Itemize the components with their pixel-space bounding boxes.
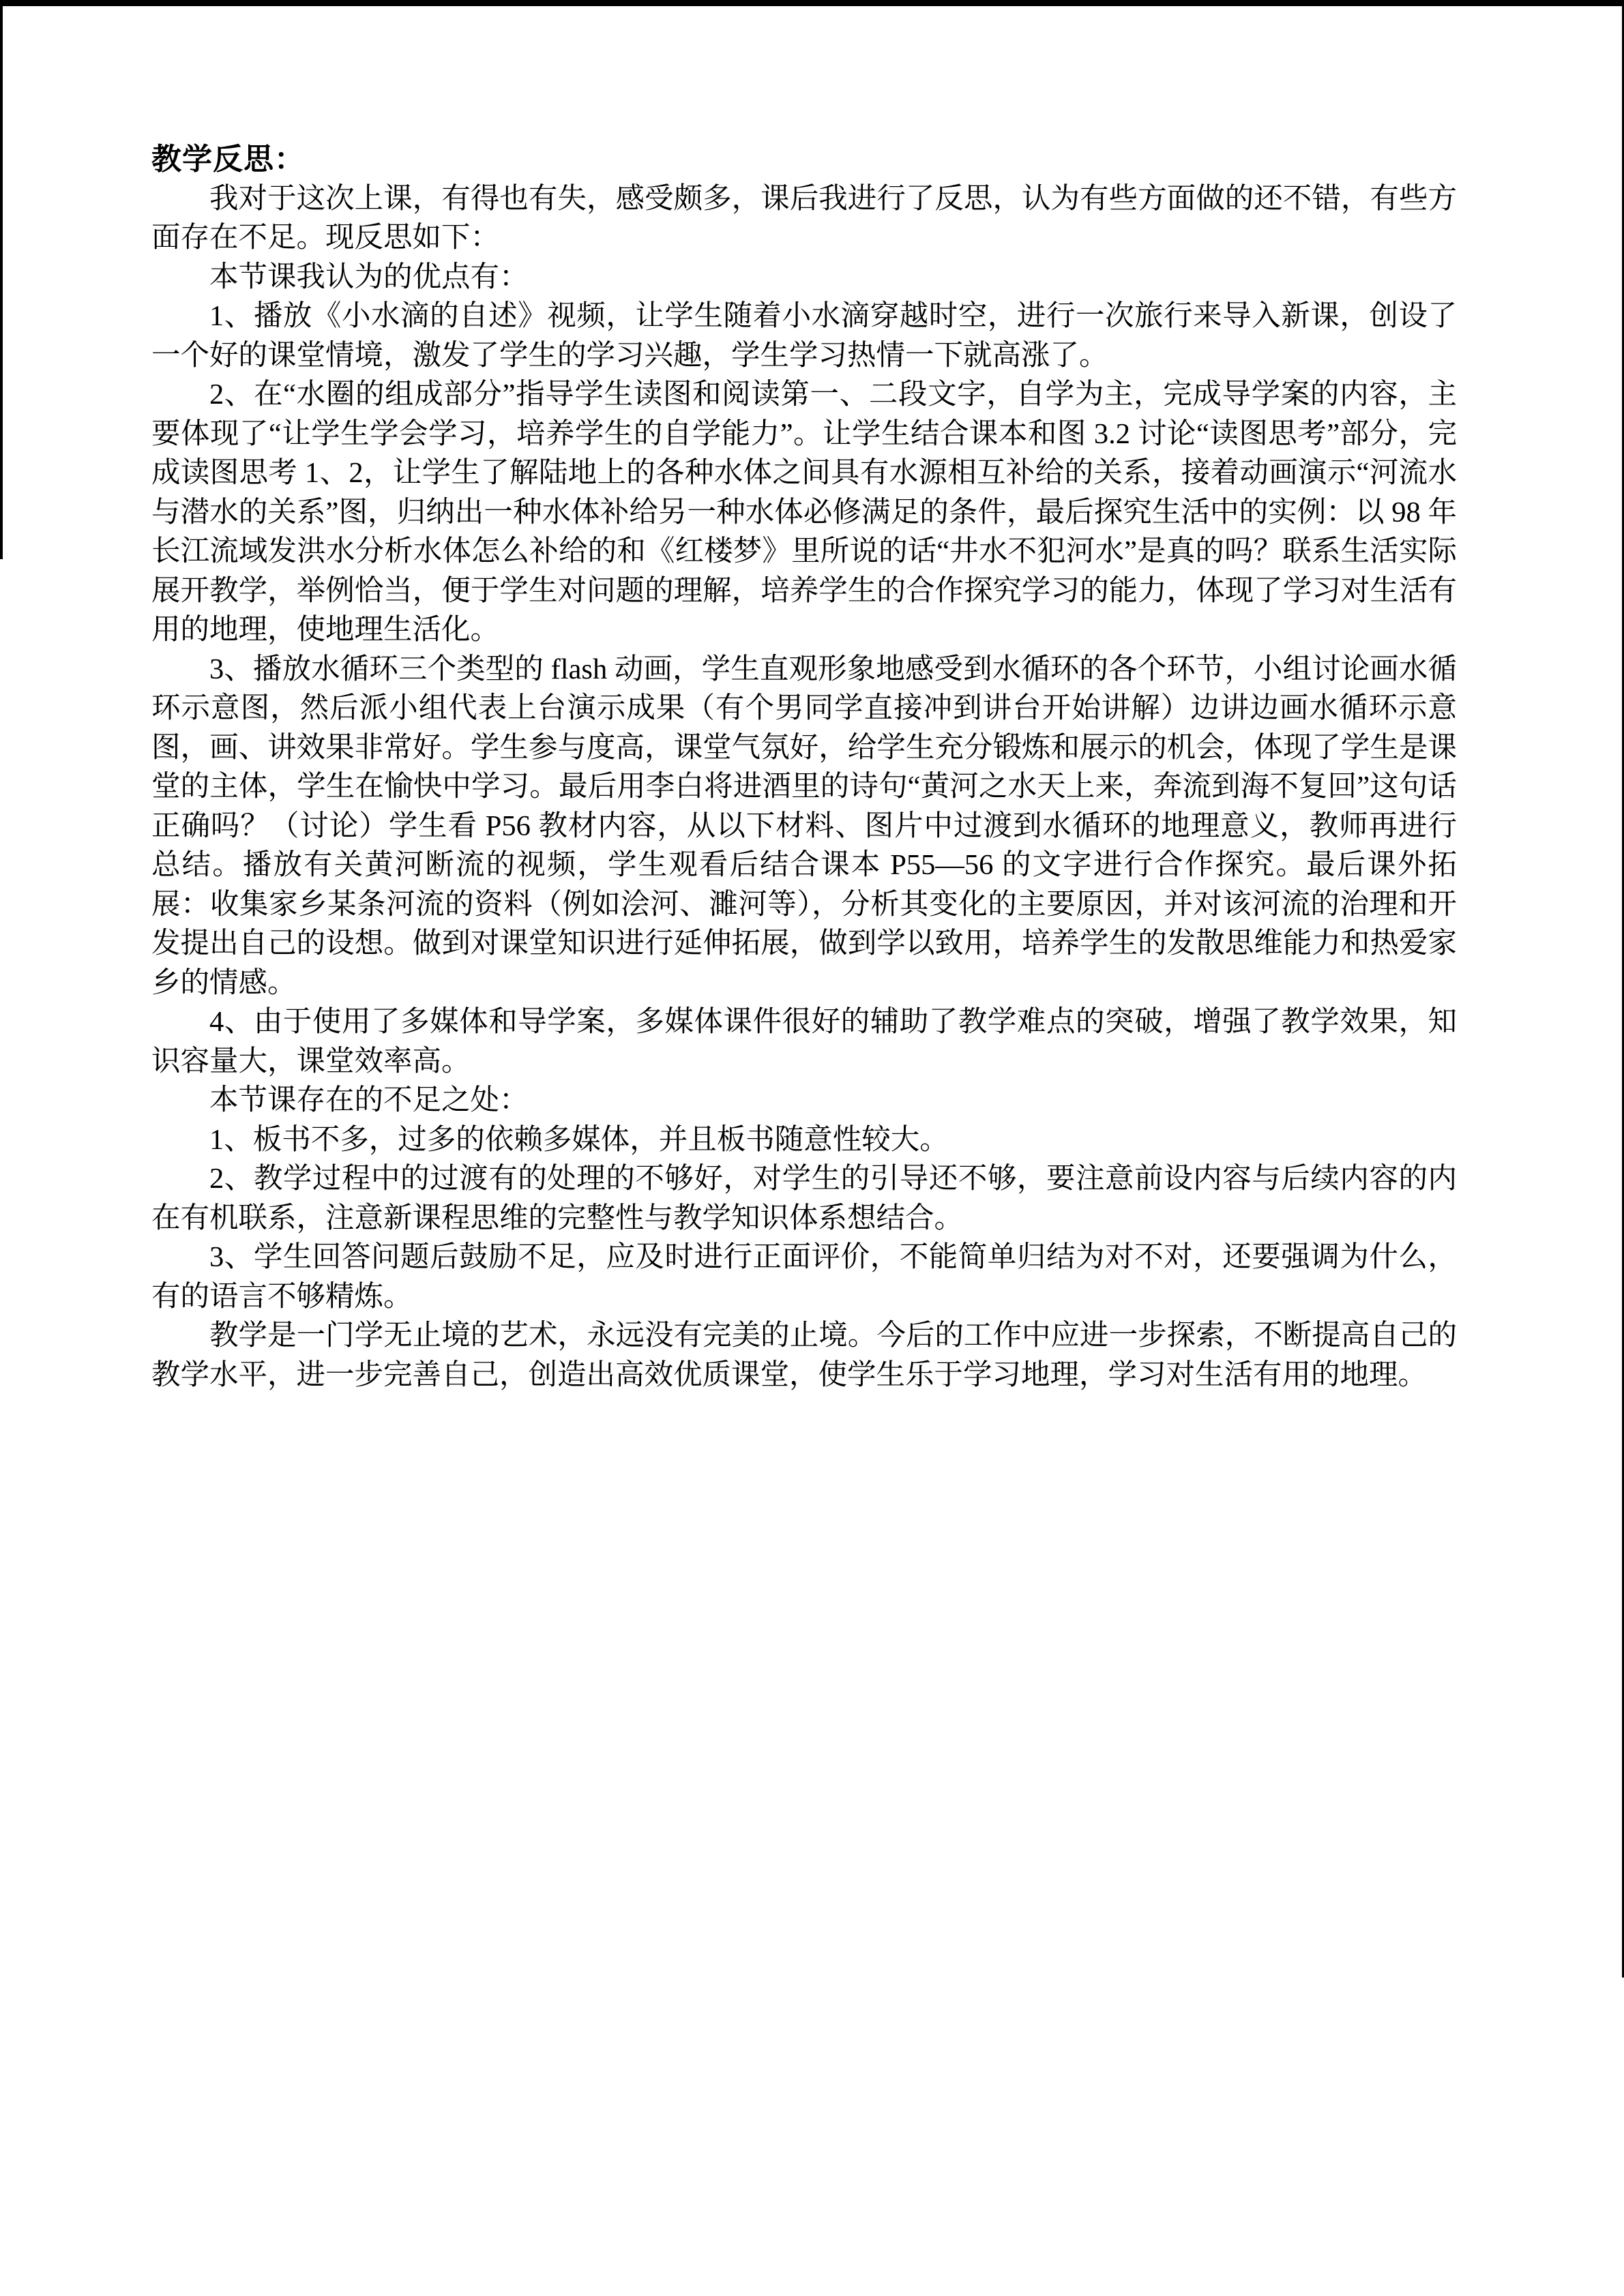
scan-edge-top	[0, 0, 1624, 6]
paragraph: 2、在“水圈的组成部分”指导学生读图和阅读第一、二段文字，自学为主，完成导学案的…	[151, 375, 1457, 650]
paragraph: 3、学生回答问题后鼓励不足，应及时进行正面评价，不能简单归结为对不对，还要强调为…	[151, 1238, 1457, 1316]
paragraph: 本节课存在的不足之处：	[151, 1081, 1457, 1120]
scan-edge-left	[0, 0, 3, 559]
paragraph: 1、板书不多，过多的依赖多媒体，并且板书随意性较大。	[151, 1120, 1457, 1160]
paragraph: 3、播放水循环三个类型的 flash 动画，学生直观形象地感受到水循环的各个环节…	[151, 650, 1457, 1003]
paragraph: 本节课我认为的优点有：	[151, 258, 1457, 297]
paragraph: 教学是一门学无止境的艺术，永远没有完美的止境。今后的工作中应进一步探索，不断提高…	[151, 1316, 1457, 1395]
paragraph: 2、教学过程中的过渡有的处理的不够好，对学生的引导还不够，要注意前设内容与后续内…	[151, 1159, 1457, 1238]
document-body: 教学反思： 我对于这次上课，有得也有失，感受颇多，课后我进行了反思，认为有些方面…	[151, 140, 1457, 1395]
document-title: 教学反思：	[151, 140, 1457, 179]
paragraph: 4、由于使用了多媒体和导学案，多媒体课件很好的辅助了教学难点的突破，增强了教学效…	[151, 1002, 1457, 1081]
document-page: { "page": { "title": "教学反思：", "paragraph…	[0, 0, 1624, 2296]
paragraph: 我对于这次上课，有得也有失，感受颇多，课后我进行了反思，认为有些方面做的还不错，…	[151, 179, 1457, 258]
paragraph-list: 我对于这次上课，有得也有失，感受颇多，课后我进行了反思，认为有些方面做的还不错，…	[151, 179, 1457, 1395]
paragraph: 1、播放《小水滴的自述》视频，让学生随着小水滴穿越时空，进行一次旅行来导入新课，…	[151, 297, 1457, 375]
